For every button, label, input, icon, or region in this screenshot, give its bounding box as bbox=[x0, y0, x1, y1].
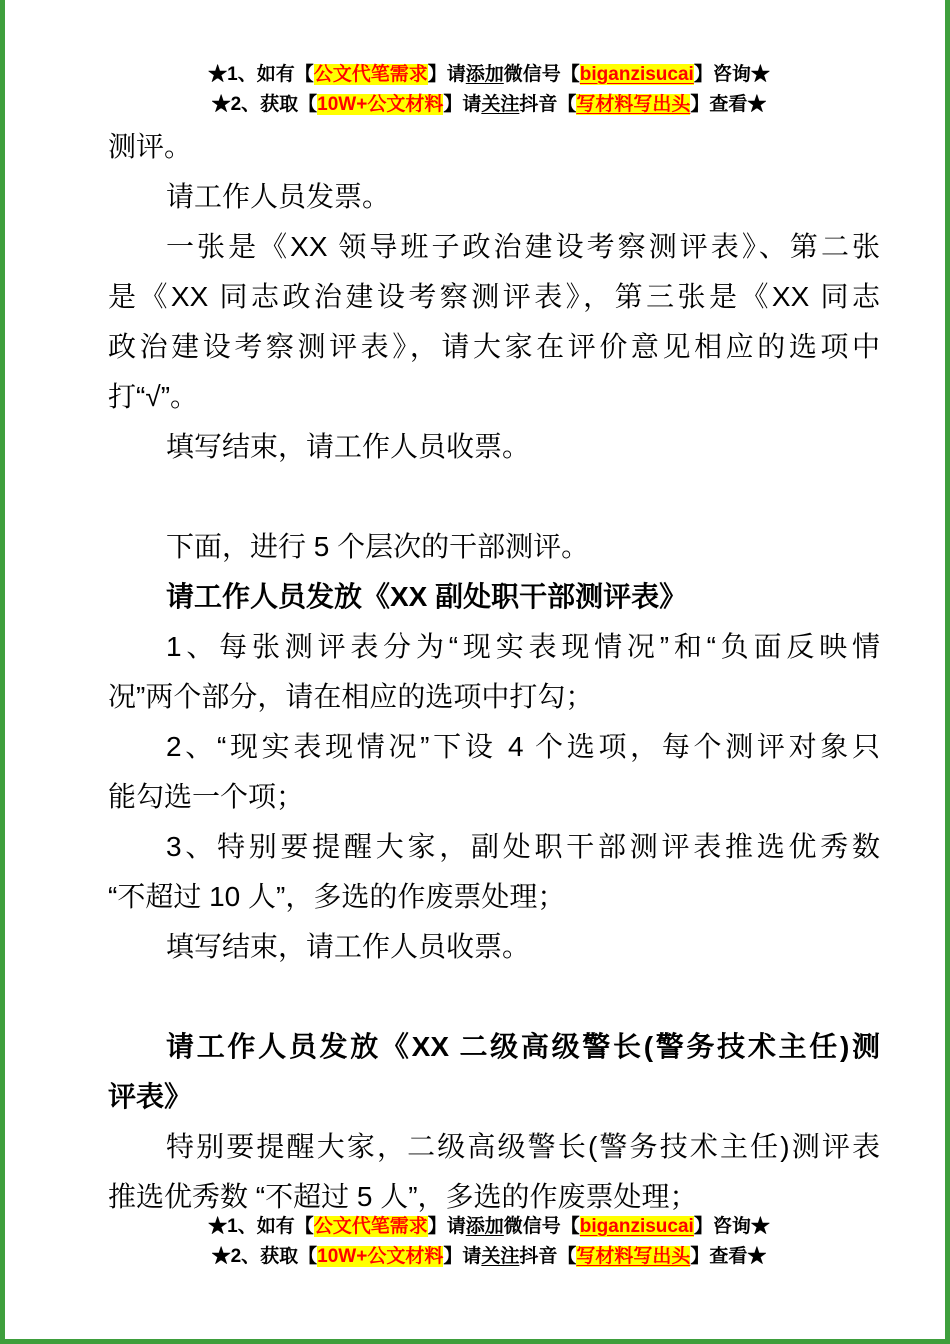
highlight-segment: 公文代笔需求 bbox=[314, 64, 428, 85]
blank-line bbox=[108, 472, 880, 522]
footer-line: ★1、如有【公文代笔需求】请添加微信号【biganzisucai】咨询★ bbox=[105, 1212, 873, 1242]
highlight-segment: biganzisucai bbox=[580, 64, 694, 85]
text-segment: 】查看★ bbox=[690, 1246, 766, 1267]
body-line: 1、每张测评表分为“现实表现情况”和“负面反映情 bbox=[108, 622, 880, 672]
highlight-segment: 写材料写出头 bbox=[576, 94, 690, 115]
body-line: 特别要提醒大家，二级高级警长(警务技术主任)测评表 bbox=[108, 1122, 880, 1172]
text-segment: 】请 bbox=[428, 64, 466, 85]
body-line: 一张是《XX 领导班子政治建设考察测评表》、第二张 bbox=[108, 222, 880, 272]
text-segment: 】咨询★ bbox=[694, 1216, 770, 1237]
text-segment: ★2、获取【 bbox=[212, 94, 318, 115]
body-line: 3、特别要提醒大家，副处职干部测评表推选优秀数 bbox=[108, 822, 880, 872]
body-line: 填写结束，请工作人员收票。 bbox=[108, 422, 880, 472]
document-page: ★1、如有【公文代笔需求】请添加微信号【biganzisucai】咨询★★2、获… bbox=[0, 0, 950, 1344]
text-segment: 】请 bbox=[443, 1246, 481, 1267]
body-line: 况”两个部分，请在相应的选项中打勾； bbox=[108, 672, 880, 722]
body-line: 填写结束，请工作人员收票。 bbox=[108, 922, 880, 972]
text-segment: ★2、获取【 bbox=[212, 1246, 318, 1267]
body-line: 2、“现实表现情况”下设 4 个选项，每个测评对象只 bbox=[108, 722, 880, 772]
text-segment: 】查看★ bbox=[690, 94, 766, 115]
text-segment: 】请 bbox=[443, 94, 481, 115]
highlight-segment: 写材料写出头 bbox=[576, 1246, 690, 1267]
highlight-segment: 关注 bbox=[481, 94, 519, 115]
body-heading-line: 请工作人员发放《XX 副处职干部测评表》 bbox=[108, 572, 880, 622]
highlight-segment: 添加 bbox=[466, 64, 504, 85]
highlight-segment: biganzisucai bbox=[580, 1216, 694, 1237]
body-line: 是《XX 同志政治建设考察测评表》，第三张是《XX 同志 bbox=[108, 272, 880, 322]
page-header: ★1、如有【公文代笔需求】请添加微信号【biganzisucai】咨询★★2、获… bbox=[105, 60, 873, 120]
highlight-segment: 添加 bbox=[466, 1216, 504, 1237]
text-segment: ★1、如有【 bbox=[208, 64, 314, 85]
header-line: ★2、获取【10W+公文材料】请关注抖音【写材料写出头】查看★ bbox=[105, 90, 873, 120]
text-segment: 抖音【 bbox=[519, 94, 576, 115]
text-segment: 微信号【 bbox=[504, 64, 580, 85]
text-segment: 】咨询★ bbox=[694, 64, 770, 85]
highlight-segment: 关注 bbox=[481, 1246, 519, 1267]
body-line: 测评。 bbox=[108, 122, 880, 172]
body-heading-line: 请工作人员发放《XX 二级高级警长(警务技术主任)测 bbox=[108, 1022, 880, 1072]
highlight-segment: 10W+公文材料 bbox=[317, 1246, 443, 1267]
body-line: 能勾选一个项； bbox=[108, 772, 880, 822]
body-line: “不超过 10 人”，多选的作废票处理； bbox=[108, 872, 880, 922]
text-segment: ★1、如有【 bbox=[208, 1216, 314, 1237]
document-body: 测评。请工作人员发票。一张是《XX 领导班子政治建设考察测评表》、第二张是《XX… bbox=[108, 122, 880, 1222]
body-heading-line: 评表》 bbox=[108, 1072, 880, 1122]
body-line: 下面，进行 5 个层次的干部测评。 bbox=[108, 522, 880, 572]
text-segment: 微信号【 bbox=[504, 1216, 580, 1237]
header-line: ★1、如有【公文代笔需求】请添加微信号【biganzisucai】咨询★ bbox=[105, 60, 873, 90]
text-segment: 】请 bbox=[428, 1216, 466, 1237]
highlight-segment: 10W+公文材料 bbox=[317, 94, 443, 115]
footer-line: ★2、获取【10W+公文材料】请关注抖音【写材料写出头】查看★ bbox=[105, 1242, 873, 1272]
text-segment: 抖音【 bbox=[519, 1246, 576, 1267]
body-line: 请工作人员发票。 bbox=[108, 172, 880, 222]
body-line: 政治建设考察测评表》，请大家在评价意见相应的选项中 bbox=[108, 322, 880, 372]
highlight-segment: 公文代笔需求 bbox=[314, 1216, 428, 1237]
body-line: 打“√”。 bbox=[108, 372, 880, 422]
blank-line bbox=[108, 972, 880, 1022]
page-footer: ★1、如有【公文代笔需求】请添加微信号【biganzisucai】咨询★★2、获… bbox=[105, 1212, 873, 1272]
